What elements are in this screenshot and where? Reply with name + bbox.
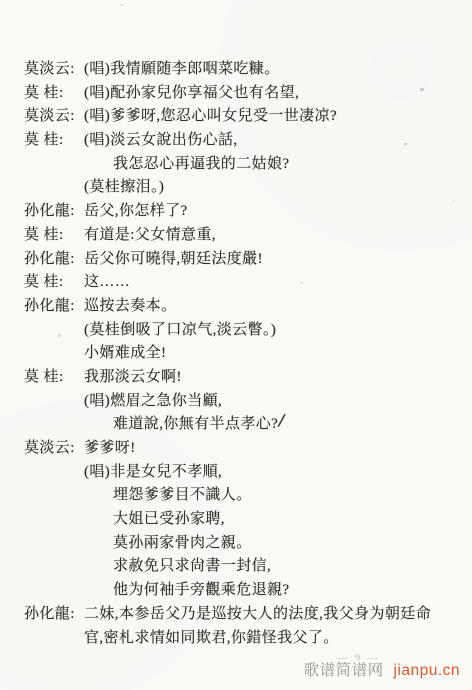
speaker-label: 莫淡云: (24, 436, 84, 457)
script-line: (唱)非是女兒不孝順, (24, 460, 462, 484)
dialogue-text: (唱)淡云女說出伤心話, (84, 128, 238, 149)
dialogue-text: 大姐已受孙家聘, (113, 507, 225, 528)
dialogue-text: 爹爹呀! (84, 436, 136, 457)
dialogue-text: (莫桂倒吸了口凉气,淡云瞥。) (84, 318, 276, 339)
dialogue-text: 岳父你可曉得,朝廷法度嚴! (84, 247, 263, 268)
dialogue-text: 岳父,你怎样了? (84, 199, 188, 220)
script-line: 莫 桂: 这…… (24, 270, 462, 294)
dialogue-text: 有道是:父女情意重, (84, 223, 216, 244)
script-line: 孙化龍: 岳父,你怎样了? (24, 199, 462, 223)
dialogue-text: 埋怨爹爹目不識人。 (113, 483, 252, 504)
page-footer: — 9 — 歌谱简谱网 jianpu.cn (0, 642, 472, 690)
script-line: 莫 桂: (唱)配孙家兒你享福父也有名望, (24, 81, 462, 105)
script-line: 难道說,你無有半点孝心? / (24, 412, 462, 436)
script-line: 大姐已受孙家聘, (24, 507, 462, 531)
dialogue-text: 莫孙兩家骨肉之親。 (113, 531, 252, 552)
speaker-label: 孙化龍: (24, 602, 84, 623)
speaker-label: 莫 桂: (24, 81, 84, 102)
dialogue-text: 他为何袖手旁觀乘危退親? (113, 578, 289, 599)
script-line: 孙化龍: 巡按去奏本。 (24, 294, 462, 318)
speaker-label: 莫 桂: (24, 270, 84, 291)
speaker-label: 莫 桂: (24, 365, 84, 386)
speaker-label: 莫 桂: (24, 128, 84, 149)
dialogue-text: 巡按去奏本。 (84, 294, 176, 315)
script-line: (莫桂擦泪。) (24, 175, 462, 199)
scan-speck (452, 200, 454, 202)
dialogue-text: (唱)我情願随李郎咽菜吃糠。 (84, 57, 280, 78)
script-line: 莫淡云: 爹爹呀! (24, 436, 462, 460)
script-line: 莫孙兩家骨肉之親。 (24, 531, 462, 555)
script-line: 莫 桂: (唱)淡云女說出伤心話, (24, 128, 462, 152)
dialogue-text: (唱)爹爹呀,您忍心叫女兒受一世凄凉? (84, 104, 337, 125)
dialogue-text: 难道說,你無有半点孝心? (113, 412, 278, 433)
script-dialogue: 莫淡云: (唱)我情願随李郎咽菜吃糠。 莫 桂: (唱)配孙家兒你享福父也有名望… (24, 57, 462, 649)
dialogue-text: (唱)非是女兒不孝順, (84, 460, 222, 481)
script-line: 我怎忍心再逼我的二姑娘? (24, 152, 462, 176)
dialogue-text: 小婿难成全! (84, 341, 166, 362)
script-line: 莫 桂: 我那淡云女啊! (24, 365, 462, 389)
scan-speck (120, 4, 124, 6)
dialogue-text: (唱)燃眉之急你当顧, (84, 389, 222, 410)
pen-mark: / (278, 414, 286, 430)
dialogue-text: 这…… (84, 270, 130, 291)
script-line: 他为何袖手旁觀乘危退親? (24, 578, 462, 602)
speaker-label: 孙化龍: (24, 294, 84, 315)
script-line: (莫桂倒吸了口凉气,淡云瞥。) (24, 318, 462, 342)
speaker-label: 莫 桂: (24, 223, 84, 244)
dialogue-text: 二妹,本参岳父乃是巡按大人的法度,我父身为朝廷命 (84, 602, 431, 623)
script-line: 小婿难成全! (24, 341, 462, 365)
script-line: 埋怨爹爹目不識人。 (24, 483, 462, 507)
speaker-label: 莫淡云: (24, 57, 84, 78)
watermark-site-name: 歌谱简谱网 (304, 662, 384, 679)
dialogue-text: 我怎忍心再逼我的二姑娘? (113, 152, 289, 173)
script-line: 莫淡云: (唱)我情願随李郎咽菜吃糠。 (24, 57, 462, 81)
watermark-site-url: jianpu.cn (393, 662, 460, 679)
dialogue-text: (莫桂擦泪。) (84, 175, 164, 196)
speaker-label: 孙化龍: (24, 199, 84, 220)
script-line: (唱)燃眉之急你当顧, (24, 389, 462, 413)
dialogue-text: 求赦免只求尙書一封信, (113, 554, 271, 575)
script-line: 莫 桂: 有道是:父女情意重, (24, 223, 462, 247)
script-line: 莫淡云: (唱)爹爹呀,您忍心叫女兒受一世凄凉? (24, 104, 462, 128)
script-line: 孙化龍: 二妹,本参岳父乃是巡按大人的法度,我父身为朝廷命 (24, 602, 462, 626)
scan-speck (58, 334, 61, 337)
script-line: 求赦免只求尙書一封信, (24, 554, 462, 578)
script-line: 孙化龍: 岳父你可曉得,朝廷法度嚴! (24, 247, 462, 271)
scanned-script-page: 莫淡云: (唱)我情願随李郎咽菜吃糠。 莫 桂: (唱)配孙家兒你享福父也有名望… (0, 0, 472, 690)
speaker-label: 孙化龍: (24, 247, 84, 268)
scan-speck (404, 143, 407, 145)
watermark: 歌谱简谱网 jianpu.cn (304, 658, 460, 680)
dialogue-text: 我那淡云女啊! (84, 365, 182, 386)
scan-speck (300, 282, 302, 284)
dialogue-text: (唱)配孙家兒你享福父也有名望, (84, 81, 299, 102)
speaker-label: 莫淡云: (24, 104, 84, 125)
